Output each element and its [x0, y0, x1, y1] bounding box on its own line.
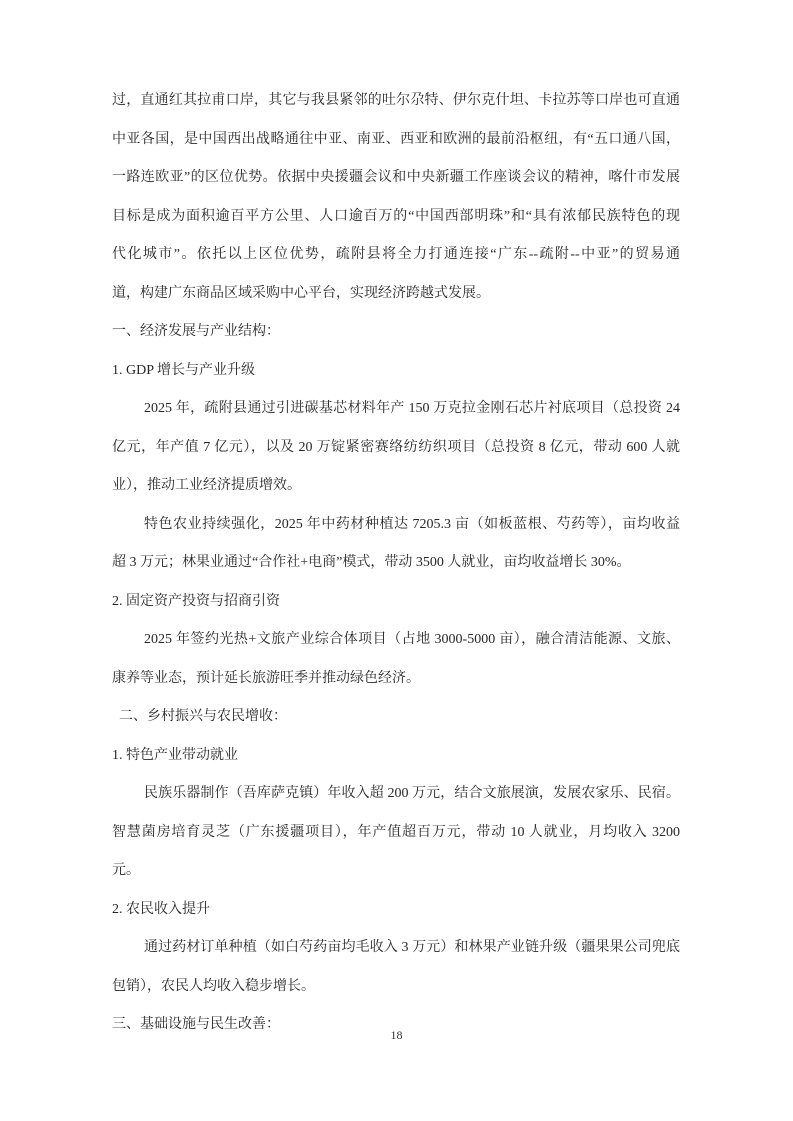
text-line: 1. GDP 增长与产业升级: [112, 352, 680, 391]
text-line: 一、经济发展与产业结构：: [112, 313, 680, 352]
text-line: 元。: [112, 852, 680, 891]
text-line: 目标是成为面积逾百平方公里、人口逾百万的“中国西部明珠”和“具有浓郁民族特色的现: [112, 198, 680, 237]
text-line: 包销），农民人均收入稳步增长。: [112, 968, 680, 1007]
text-line: 1. 特色产业带动就业: [112, 737, 680, 776]
text-line: 道，构建广东商品区域采购中心平台，实现经济跨越式发展。: [112, 275, 680, 314]
text-line: 业），推动工业经济提质增效。: [112, 467, 680, 506]
text-line: 二、乡村振兴与农民增收：: [112, 698, 680, 737]
text-line: 2025 年，疏附县通过引进碳基芯材料年产 150 万克拉金刚石芯片衬底项目（总…: [112, 390, 680, 429]
text-line: 中亚各国，是中国西出战略通往中亚、南亚、西亚和欧洲的最前沿枢纽，有“五口通八国，: [112, 121, 680, 160]
document-page: 过，直通红其拉甫口岸，其它与我县紧邻的吐尔尕特、伊尔克什坦、卡拉苏等口岸也可直通…: [0, 0, 793, 1121]
text-line: 超 3 万元；林果业通过“合作社+电商”模式，带动 3500 人就业，亩均收益增…: [112, 544, 680, 583]
text-line: 民族乐器制作（吾库萨克镇）年收入超 200 万元，结合文旅展演，发展农家乐、民宿…: [112, 775, 680, 814]
text-line: 亿元，年产值 7 亿元），以及 20 万锭紧密赛络纺纺织项目（总投资 8 亿元，…: [112, 429, 680, 468]
page-number: 18: [0, 1028, 793, 1043]
text-line: 2025 年签约光热+文旅产业综合体项目（占地 3000-5000 亩），融合清…: [112, 621, 680, 660]
text-line: 一路连欧亚”的区位优势。依据中央援疆会议和中央新疆工作座谈会议的精神，喀什市发展: [112, 159, 680, 198]
text-line: 2. 农民收入提升: [112, 891, 680, 930]
document-body: 过，直通红其拉甫口岸，其它与我县紧邻的吐尔尕特、伊尔克什坦、卡拉苏等口岸也可直通…: [112, 82, 680, 1045]
text-line: 代化城市”。依托以上区位优势，疏附县将全力打通连接“广东--疏附--中亚”的贸易…: [112, 236, 680, 275]
text-line: 过，直通红其拉甫口岸，其它与我县紧邻的吐尔尕特、伊尔克什坦、卡拉苏等口岸也可直通: [112, 82, 680, 121]
text-line: 特色农业持续强化，2025 年中药材种植达 7205.3 亩（如板蓝根、芍药等）…: [112, 506, 680, 545]
text-line: 康养等业态，预计延长旅游旺季并推动绿色经济。: [112, 660, 680, 699]
text-line: 通过药材订单种植（如白芍药亩均毛收入 3 万元）和林果产业链升级（疆果果公司兜底: [112, 929, 680, 968]
text-line: 2. 固定资产投资与招商引资: [112, 583, 680, 622]
text-line: 智慧菌房培育灵芝（广东援疆项目），年产值超百万元，带动 10 人就业，月均收入 …: [112, 814, 680, 853]
